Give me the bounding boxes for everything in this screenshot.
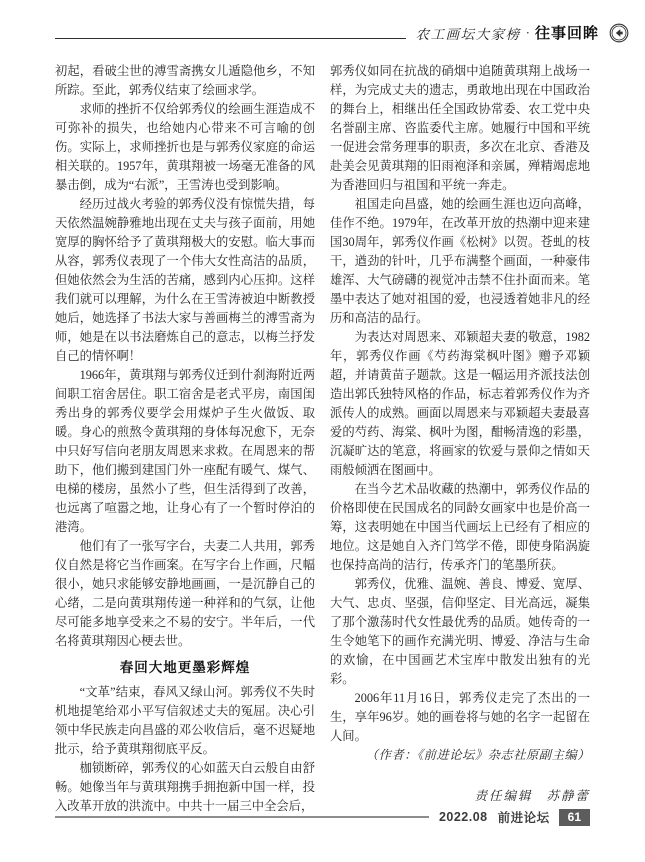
body-paragraph: 为表达对周恩来、邓颖超夫妻的敬意，1982年，郭秀仪作画《芍药海棠枫叶图》赠予邓… [330, 328, 590, 480]
page-header: 农工画坛大家榜 · 往事回眸 [55, 22, 629, 43]
magazine-page: 农工画坛大家榜 · 往事回眸 初起，看破尘世的溥雪斋携女儿遁隐他乡，不知所踪。至… [0, 0, 645, 862]
footer-issue: 2022.08 [439, 810, 488, 824]
body-paragraph: 祖国走向昌盛，她的绘画生涯也迈向高峰，佳作不绝。1979年，在改革开放的热潮中迎… [330, 195, 590, 328]
body-paragraph: 初起，看破尘世的溥雪斋携女儿遁隐他乡，不知所踪。至此，郭秀仪结束了绘画求学。 [55, 62, 315, 100]
body-paragraph: 在当今艺术品收藏的热潮中，郭秀仪作品的价格即使在民国成名的同龄女画家中也是价高一… [330, 480, 590, 575]
footer-rule [55, 816, 429, 819]
body-paragraph: 经历过战火考验的郭秀仪没有惊慌失措，每天依然温婉静雅地出现在丈夫与孩子面前，用她… [55, 195, 315, 366]
footer-journal-name: 前进论坛 [498, 808, 550, 826]
left-column: 初起，看破尘世的溥雪斋携女儿遁隐他乡，不知所踪。至此，郭秀仪结束了绘画求学。 求… [55, 62, 315, 816]
editor-credit: 责任编辑苏静蕾 [330, 787, 590, 806]
body-paragraph: “文革”结束，春风又绿山河。郭秀仪不失时机地提笔给邓小平写信叙述丈夫的冤屈。决心… [55, 683, 315, 759]
section-heading: 春回大地更墨彩辉煌 [55, 658, 315, 677]
header-column-label: 往事回眸 [535, 22, 599, 43]
editor-name: 苏静蕾 [546, 789, 590, 803]
page-footer: 2022.08 前进论坛 61 [55, 808, 590, 826]
header-rule [55, 38, 406, 39]
header-section-label: 农工画坛大家榜 [416, 23, 521, 43]
article-body: 初起，看破尘世的溥雪斋携女儿遁隐他乡，不知所踪。至此，郭秀仪结束了绘画求学。 求… [55, 62, 590, 816]
body-paragraph: 他们有了一张写字台，夫妻二人共用，郭秀仪自然是将它当作画案。在写字台上作画，尺幅… [55, 537, 315, 651]
back-circle-icon [609, 23, 629, 43]
body-paragraph: 求师的挫折不仅给郭秀仪的绘画生涯造成不可弥补的损失，也给她内心带来不可言喻的创伤… [55, 100, 315, 195]
author-note: （作者：《前进论坛》杂志社原副主编） [330, 746, 590, 765]
body-paragraph: 1966年，黄琪翔与郭秀仪迁到什刹海附近两间职工宿舍居住。职工宿舍是老式平房，南… [55, 366, 315, 537]
right-column: 郭秀仪如同在抗战的硝烟中追随黄琪翔上战场一样，为完成丈夫的遗志，勇敢地出现在中国… [330, 62, 590, 816]
editor-label: 责任编辑 [474, 789, 532, 803]
body-paragraph: 郭秀仪如同在抗战的硝烟中追随黄琪翔上战场一样，为完成丈夫的遗志，勇敢地出现在中国… [330, 62, 590, 195]
body-paragraph: 郭秀仪，优雅、温婉、善良、博爱、宽厚、大气、忠贞、坚强，信仰坚定、目光高远，凝集… [330, 575, 590, 689]
page-number-badge: 61 [559, 809, 590, 826]
body-paragraph: 2006年11月16日，郭秀仪走完了杰出的一生，享年96岁。她的画卷将与她的名字… [330, 689, 590, 746]
header-title: 农工画坛大家榜 · 往事回眸 [416, 22, 629, 43]
header-separator: · [526, 25, 530, 41]
